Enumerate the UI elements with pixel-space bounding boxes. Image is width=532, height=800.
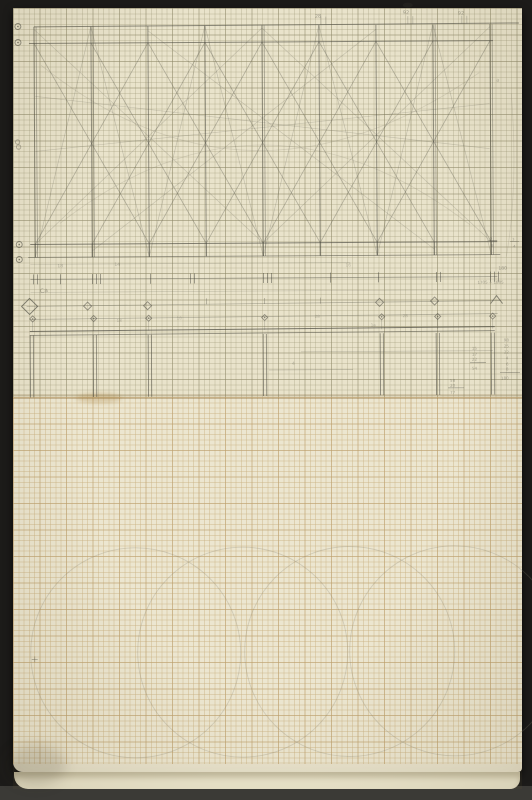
paper-fold-crease: [13, 394, 522, 399]
scanned-drawing-photo: 289292a181416Ca58341801705 + 18051818282…: [0, 0, 532, 800]
graph-grid-lower-half: [13, 397, 522, 764]
graph-grid-upper-half: [13, 8, 522, 397]
graph-paper-sheet: [13, 8, 522, 772]
under-sheet-edge: [14, 772, 520, 789]
